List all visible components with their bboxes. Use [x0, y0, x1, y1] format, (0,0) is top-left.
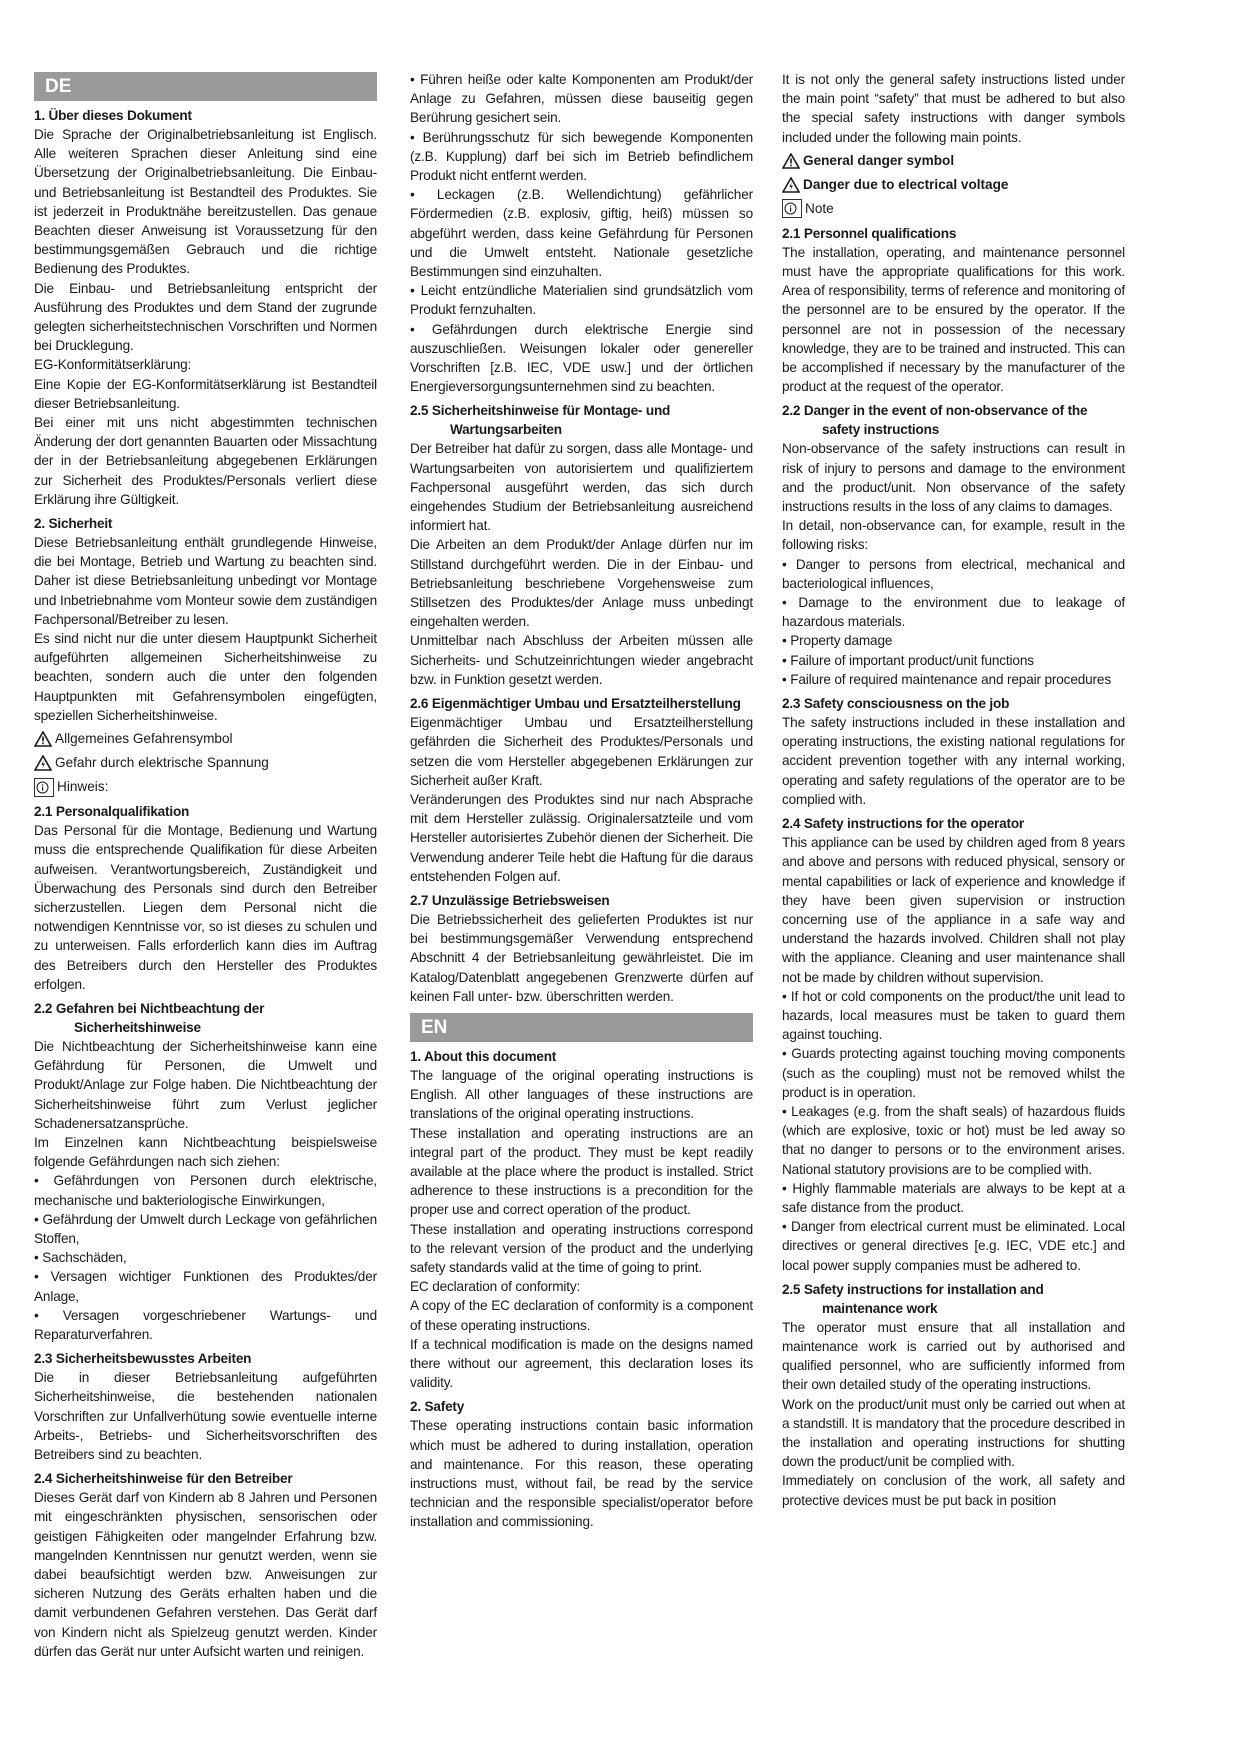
symbol-row-electric-en: Danger due to electrical voltage	[782, 175, 1125, 195]
heading-en-2-5: 2.5 Safety instructions for installation…	[782, 1280, 1125, 1318]
para-en-1-6: If a technical modification is made on t…	[410, 1335, 753, 1393]
bullet-item: • Guards protecting against touching mov…	[782, 1044, 1125, 1102]
para-de-2-3-1: Die in dieser Betriebsanleitung aufgefüh…	[34, 1368, 377, 1464]
column-2: • Führen heiße oder kalte Komponenten am…	[410, 70, 753, 1532]
heading-en-2-2: 2.2 Danger in the event of non-observanc…	[782, 401, 1125, 439]
bullet-item: • Property damage	[782, 631, 1125, 650]
para-de-2-7-1: Die Betriebssicherheit des gelieferten P…	[410, 910, 753, 1006]
lang-bar-en: EN	[410, 1013, 753, 1042]
bullet-item: • Failure of required maintenance and re…	[782, 670, 1125, 689]
heading-en-2-1: 2.1 Personnel qualifications	[782, 224, 1125, 243]
para-de-2-5-2: Die Arbeiten an dem Produkt/der Anlage d…	[410, 535, 753, 631]
para-en-1-4: EC declaration of conformity:	[410, 1277, 753, 1296]
bullet-item: • Versagen vorgeschriebener Wartungs- un…	[34, 1306, 377, 1344]
para-en-2-3-1: The safety instructions included in thes…	[782, 713, 1125, 809]
symbol-row-general-de: Allgemeines Gefahrensymbol	[34, 729, 377, 749]
bullet-item: • Berührungsschutz für sich bewegende Ko…	[410, 128, 753, 186]
heading-de-2-6: 2.6 Eigenmächtiger Umbau und Ersatzteilh…	[410, 694, 753, 713]
para-de-1-5: Bei einer mit uns nicht abgestimmten tec…	[34, 413, 377, 509]
warning-triangle-icon	[34, 731, 52, 747]
electric-warning-icon	[782, 177, 800, 193]
heading-en-1: 1. About this document	[410, 1047, 753, 1066]
para-de-1-1: Die Sprache der Originalbetriebsanleitun…	[34, 125, 377, 279]
bullet-item: • Leicht entzündliche Materialien sind g…	[410, 281, 753, 319]
para-de-2-2-2: Im Einzelnen kann Nichtbeachtung beispie…	[34, 1133, 377, 1171]
heading-de-2-1: 2.1 Personalqualifikation	[34, 802, 377, 821]
para-en-1-2: These installation and operating instruc…	[410, 1124, 753, 1220]
heading-de-2: 2. Sicherheit	[34, 514, 377, 533]
bullet-item: • Sachschäden,	[34, 1248, 377, 1267]
lang-bar-de: DE	[34, 72, 377, 101]
para-de-2-6-2: Veränderungen des Produktes sind nur nac…	[410, 790, 753, 886]
heading-de-2-4: 2.4 Sicherheitshinweise für den Betreibe…	[34, 1469, 377, 1488]
para-en-2-1-1: The installation, operating, and mainten…	[782, 243, 1125, 397]
para-en-1-5: A copy of the EC declaration of conformi…	[410, 1296, 753, 1334]
bullet-item: • Führen heiße oder kalte Komponenten am…	[410, 70, 753, 128]
symbol-label: Hinweis:	[57, 777, 108, 796]
electric-warning-icon	[34, 755, 52, 771]
para-de-2-4-1: Dieses Gerät darf von Kindern ab 8 Jahre…	[34, 1488, 377, 1661]
bullet-item: • Damage to the environment due to leaka…	[782, 593, 1125, 631]
para-de-1-4: Eine Kopie der EG-Konformitätserklärung …	[34, 375, 377, 413]
para-en-2-2: It is not only the general safety instru…	[782, 70, 1125, 147]
info-note-icon	[782, 199, 802, 218]
para-en-1-1: The language of the original operating i…	[410, 1066, 753, 1124]
bullet-item: • Gefährdungen von Personen durch elektr…	[34, 1171, 377, 1209]
bullet-item: • Leckagen (z.B. Wellendichtung) gefährl…	[410, 185, 753, 281]
heading-de-2-2: 2.2 Gefahren bei Nichtbeachtung der Sich…	[34, 999, 377, 1037]
para-en-2-5-1: The operator must ensure that all instal…	[782, 1318, 1125, 1395]
bullet-item: • Danger from electrical current must be…	[782, 1217, 1125, 1275]
para-en-2-1: These operating instructions contain bas…	[410, 1416, 753, 1531]
column-3: It is not only the general safety instru…	[782, 70, 1125, 1510]
heading-de-2-5: 2.5 Sicherheitshinweise für Montage- und…	[410, 401, 753, 439]
heading-en-2-3: 2.3 Safety consciousness on the job	[782, 694, 1125, 713]
para-en-2-5-2: Work on the product/unit must only be ca…	[782, 1395, 1125, 1472]
symbol-row-note-en: Note	[782, 199, 1125, 219]
bullet-item: • If hot or cold components on the produ…	[782, 987, 1125, 1045]
symbol-row-note-de: Hinweis:	[34, 777, 377, 797]
symbol-row-electric-de: Gefahr durch elektrische Spannung	[34, 753, 377, 773]
heading-de-1: 1. Über dieses Dokument	[34, 106, 377, 125]
para-de-2-2-1: Die Nichtbeachtung der Sicherheitshinwei…	[34, 1037, 377, 1133]
symbol-label: Danger due to electrical voltage	[803, 175, 1008, 194]
para-de-2-1-1: Das Personal für die Montage, Bedienung …	[34, 821, 377, 994]
para-en-2-4-1: This appliance can be used by children a…	[782, 833, 1125, 987]
para-en-2-2-2: In detail, non-observance can, for examp…	[782, 516, 1125, 554]
heading-en-2-4: 2.4 Safety instructions for the operator	[782, 814, 1125, 833]
info-note-icon	[34, 778, 54, 797]
para-de-2-5-3: Unmittelbar nach Abschluss der Arbeiten …	[410, 631, 753, 689]
para-de-2-5-1: Der Betreiber hat dafür zu sorgen, dass …	[410, 439, 753, 535]
bullet-item: • Versagen wichtiger Funktionen des Prod…	[34, 1267, 377, 1305]
column-1: DE 1. Über dieses Dokument Die Sprache d…	[34, 70, 377, 1661]
heading-de-2-3: 2.3 Sicherheitsbewusstes Arbeiten	[34, 1349, 377, 1368]
symbol-row-general-en: General danger symbol	[782, 151, 1125, 171]
symbol-label: Gefahr durch elektrische Spannung	[55, 753, 269, 772]
para-de-1-3: EG-Konformitätserklärung:	[34, 355, 377, 374]
symbol-label: Note	[805, 199, 834, 218]
heading-en-2: 2. Safety	[410, 1397, 753, 1416]
para-de-2-1: Diese Betriebsanleitung enthält grundleg…	[34, 533, 377, 629]
bullet-item: • Leakages (e.g. from the shaft seals) o…	[782, 1102, 1125, 1179]
bullet-item: • Gefährdungen durch elektrische Energie…	[410, 320, 753, 397]
symbol-label: General danger symbol	[803, 151, 954, 170]
bullet-item: • Failure of important product/unit func…	[782, 651, 1125, 670]
bullet-item: • Highly flammable materials are always …	[782, 1179, 1125, 1217]
para-en-2-2-1: Non-observance of the safety instruction…	[782, 439, 1125, 516]
heading-de-2-7: 2.7 Unzulässige Betriebsweisen	[410, 891, 753, 910]
warning-triangle-icon	[782, 153, 800, 169]
para-de-2-2: Es sind nicht nur die unter diesem Haupt…	[34, 629, 377, 725]
para-de-1-2: Die Einbau- und Betriebsanleitung entspr…	[34, 279, 377, 356]
para-en-1-3: These installation and operating instruc…	[410, 1220, 753, 1278]
symbol-label: Allgemeines Gefahrensymbol	[55, 729, 233, 748]
para-de-2-6-1: Eigenmächtiger Umbau und Ersatzteilherst…	[410, 713, 753, 790]
para-en-2-5-3: Immediately on conclusion of the work, a…	[782, 1471, 1125, 1509]
bullet-item: • Danger to persons from electrical, mec…	[782, 555, 1125, 593]
bullet-item: • Gefährdung der Umwelt durch Leckage vo…	[34, 1210, 377, 1248]
